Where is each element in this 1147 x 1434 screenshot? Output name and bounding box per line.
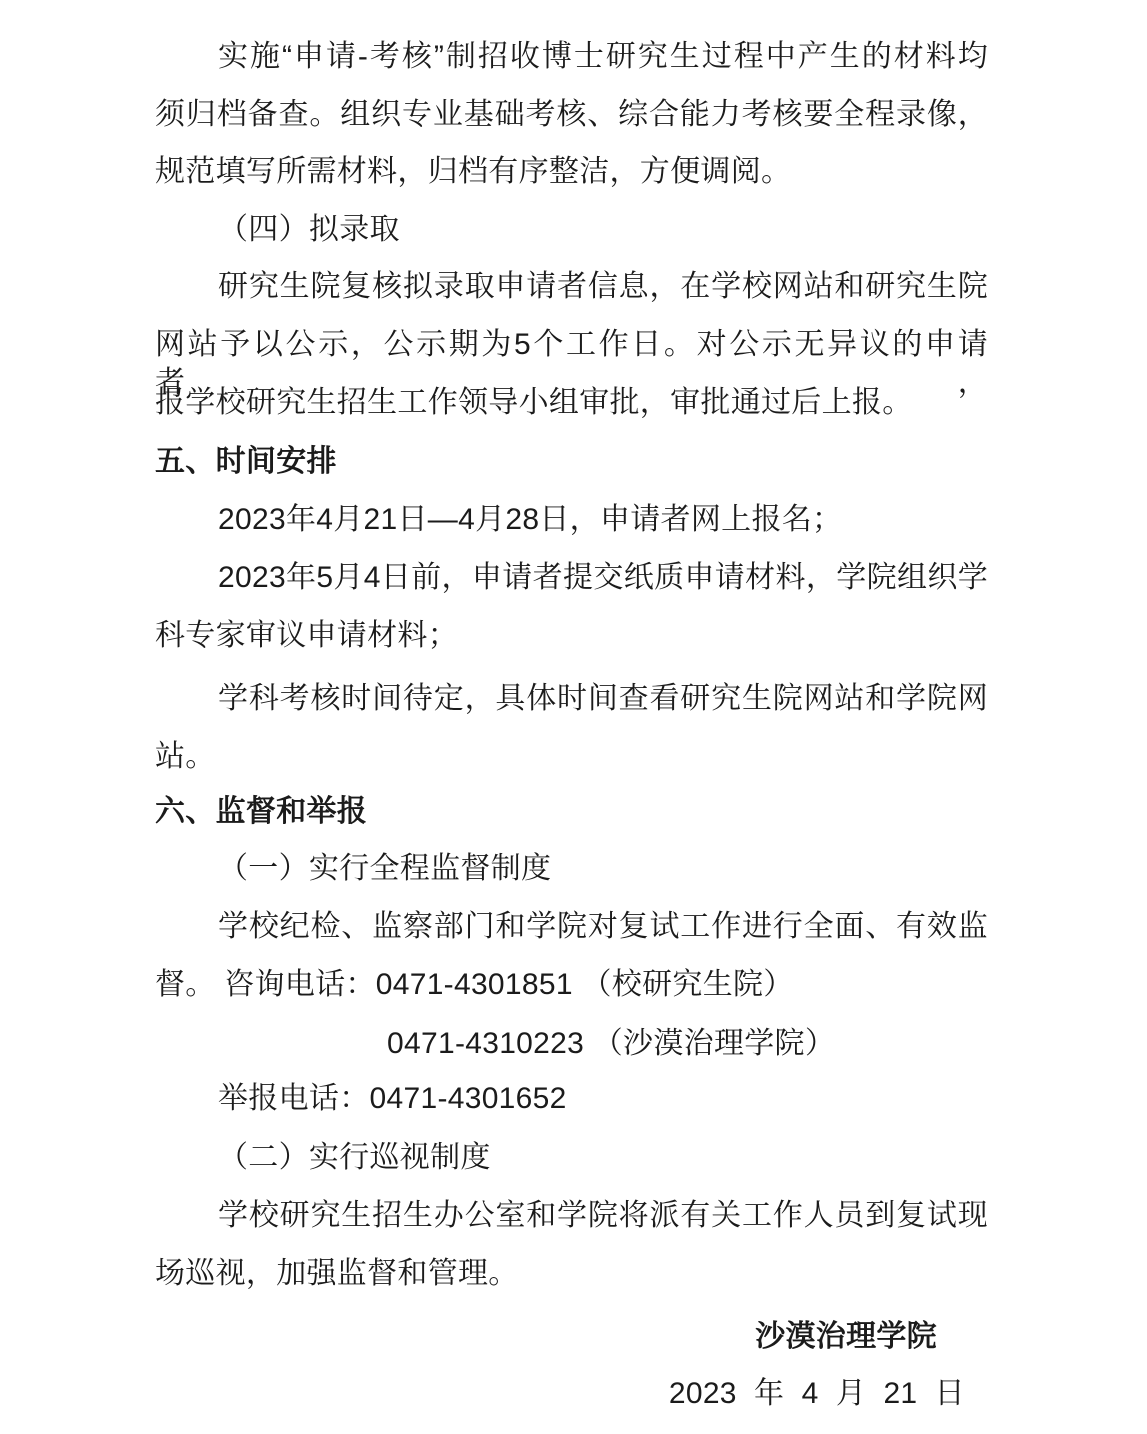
para-admission-line-3: 报学校研究生招生工作领导小组审批，审批通过后上报。 bbox=[155, 384, 913, 422]
para-schedule-materials-line-2: 科专家审议申请材料； bbox=[155, 617, 458, 655]
section-5-heading: 五、时间安排 bbox=[155, 443, 337, 481]
document-page: 实施“申请-考核”制招收博士研究生过程中产生的材料均 须归档备查。组织专业基础考… bbox=[0, 0, 1147, 1434]
phone-line-report: 举报电话：0471-4301652 bbox=[218, 1080, 567, 1118]
subsection-6-2-heading: （二）实行巡视制度 bbox=[218, 1139, 491, 1177]
para-supervision-line-1: 学校纪检、监察部门和学院对复试工作进行全面、有效监 bbox=[218, 908, 988, 946]
para-admission-line-1: 研究生院复核拟录取申请者信息，在学校网站和研究生院 bbox=[218, 268, 988, 306]
para-schedule-assessment-line-1: 学科考核时间待定，具体时间查看研究生院网站和学院网 bbox=[218, 680, 988, 718]
subsection-4-heading: （四）拟录取 bbox=[218, 211, 400, 249]
section-6-heading: 六、监督和举报 bbox=[155, 793, 367, 831]
para-archiving-line-1: 实施“申请-考核”制招收博士研究生过程中产生的材料均 bbox=[218, 38, 988, 76]
phone-line-college: 0471-4310223 （沙漠治理学院） bbox=[387, 1025, 835, 1063]
para-supervision-line-2-consult-phone: 督。 咨询电话：0471-4301851 （校研究生院） bbox=[155, 966, 794, 1004]
para-schedule-materials-line-1: 2023年5月4日前，申请者提交纸质申请材料，学院组织学 bbox=[218, 559, 988, 597]
signature-date: 2023 年 4 月 21 日 bbox=[669, 1375, 965, 1413]
para-schedule-registration: 2023年4月21日—4月28日，申请者网上报名； bbox=[218, 501, 842, 539]
subsection-6-1-heading: （一）实行全程监督制度 bbox=[218, 850, 551, 888]
para-schedule-assessment-line-2: 站。 bbox=[155, 738, 216, 776]
para-inspection-line-1: 学校研究生招生办公室和学院将派有关工作人员到复试现 bbox=[218, 1197, 988, 1235]
para-inspection-line-2: 场巡视，加强监督和管理。 bbox=[155, 1255, 519, 1293]
para-archiving-line-3: 规范填写所需材料，归档有序整洁，方便调阅。 bbox=[155, 153, 791, 191]
para-archiving-line-2: 须归档备查。组织专业基础考核、综合能力考核要全程录像， bbox=[155, 96, 988, 134]
signature-org: 沙漠治理学院 bbox=[755, 1318, 937, 1356]
